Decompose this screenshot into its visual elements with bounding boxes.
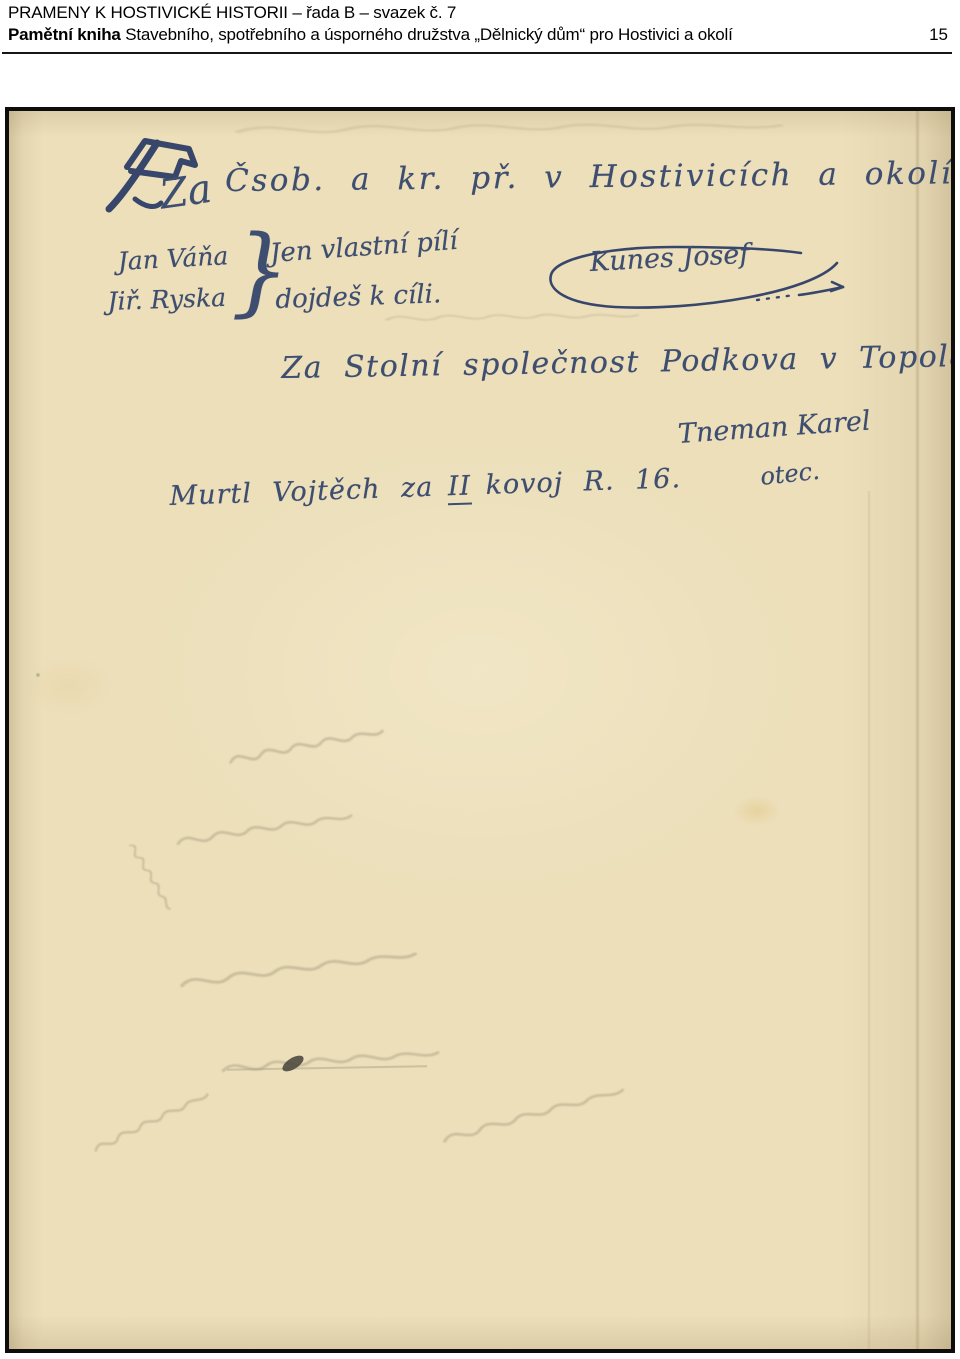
bleedthrough-mark — [239, 117, 779, 139]
book-title: Pamětní kniha Stavebního, spotřebního a … — [8, 25, 733, 45]
scanned-page-image: Za Čsob. a kr. př. v Hostivicích a okolí… — [5, 107, 955, 1353]
handwritten-motto-line2: dojdeš k cíli. — [275, 279, 442, 315]
book-title-rest: Stavebního, spotřebního a úsporného druž… — [121, 25, 733, 44]
handwritten-signature-suffix: otec. — [759, 457, 821, 491]
handwritten-dedication: Čsob. a kr. př. v Hostivicích a okolí — [225, 155, 953, 199]
bleedthrough-mark — [441, 1081, 626, 1149]
handwritten-dedication-za: Za — [157, 166, 215, 219]
murtl-roman-numeral: II — [447, 470, 472, 505]
page-number: 15 — [929, 25, 948, 45]
document-header: PRAMENY K HOSTIVICKÉ HISTORII – řada B –… — [0, 0, 960, 56]
handwritten-signature: Jan Váňa — [117, 241, 229, 276]
book-title-bold: Pamětní kniha — [8, 25, 121, 44]
bleedthrough-mark — [90, 1087, 213, 1158]
bleedthrough-mark — [228, 721, 385, 771]
paper-crease — [867, 491, 871, 1353]
handwritten-signature: Tneman Karel — [677, 406, 872, 450]
handwritten-society-line: Za Stolní společnost Podkova v Topolanec… — [281, 338, 955, 386]
bleedthrough-mark — [223, 1043, 439, 1078]
handwritten-motto-line1: Jen vlastní pílí — [269, 226, 459, 269]
series-title: PRAMENY K HOSTIVICKÉ HISTORII – řada B –… — [8, 3, 456, 23]
bleedthrough-mark — [124, 839, 177, 915]
bleedthrough-mark — [180, 944, 416, 994]
page: { "header": { "series_line": "PRAMENY K … — [0, 0, 960, 1359]
header-rule — [2, 52, 952, 54]
handwritten-murtl-line: Murtl Vojtěch za II kovoj R. 16. — [169, 463, 682, 512]
handwritten-signature: Jiř. Ryska — [107, 283, 226, 316]
paper-crease — [915, 111, 920, 1349]
bleedthrough-mark — [176, 806, 353, 851]
murtl-pre: Murtl Vojtěch za — [169, 472, 434, 512]
murtl-post: kovoj R. 16. — [485, 463, 681, 501]
